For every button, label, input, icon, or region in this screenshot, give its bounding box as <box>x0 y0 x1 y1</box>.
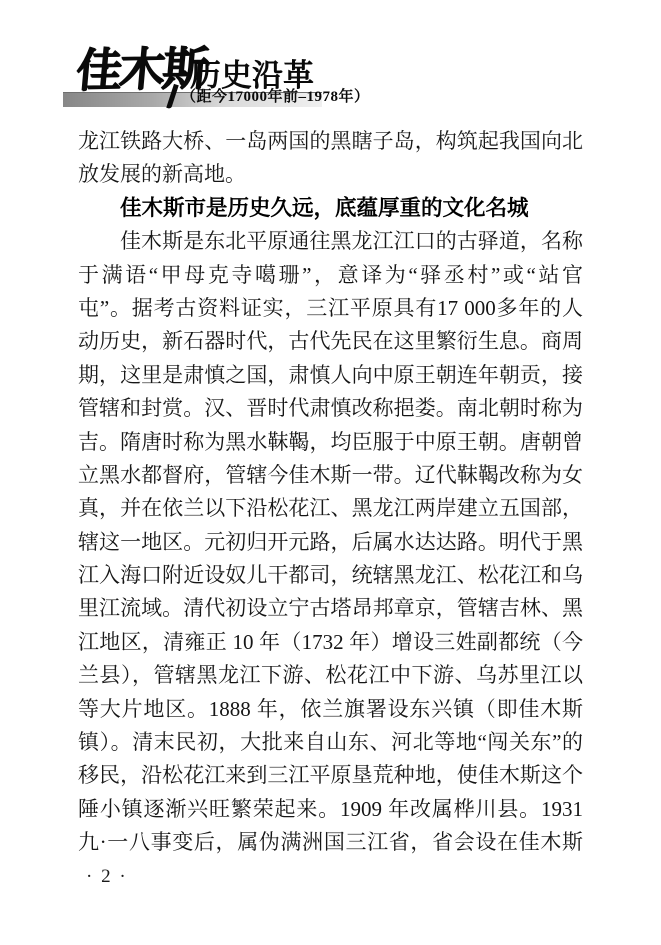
text-line: 管辖和封赏。汉、晋时代肃慎改称挹娄。南北朝时称为勿 <box>78 392 583 425</box>
text-line: 屯”。据考古资料证实，三江平原具有17 000多年的人类活 <box>78 292 583 325</box>
text-line: 江入海口附近设奴儿干都司，统辖黑龙江、松花江和乌苏 <box>78 559 583 592</box>
text-line: 江地区，清雍正 10 年（1732 年）增设三姓副都统（今依 <box>78 626 583 659</box>
text-line: 佳木斯是东北平原通往黑龙江江口的古驿道，名称源 <box>78 225 583 258</box>
text-line: 陲小镇逐渐兴旺繁荣起来。1909 年改属桦川县。1931 年 <box>78 793 583 826</box>
section-heading: 佳木斯市是历史久远，底蕴厚重的文化名城 <box>78 192 583 225</box>
text-line: 吉。隋唐时称为黑水靺鞨，均臣服于中原王朝。唐朝曾设 <box>78 426 583 459</box>
text-line: 放发展的新高地。 <box>78 158 583 191</box>
text-line: 期，这里是肃慎之国，肃慎人向中原王朝连年朝贡，接受 <box>78 359 583 392</box>
text-line: 立黑水都督府，管辖今佳木斯一带。辽代靺鞨改称为女 <box>78 459 583 492</box>
text-line: 龙江铁路大桥、一岛两国的黑瞎子岛，构筑起我国向北开 <box>78 125 583 158</box>
text-line: 等大片地区。1888 年，依兰旗署设东兴镇（即佳木斯 <box>78 693 583 726</box>
date-range-subtitle: （距今17000年前–1978年） <box>181 88 370 106</box>
text-line: 里江流域。清代初设立宁古塔昂邦章京，管辖吉林、黑龙 <box>78 592 583 625</box>
book-title-calligraphy: 佳木斯 <box>74 45 207 93</box>
text-line: 辖这一地区。元初归开元路，后属水达达路。明代于黑龙 <box>78 526 583 559</box>
page-number: · 2 · <box>86 866 128 888</box>
text-line: 真，并在依兰以下沿松花江、黑龙江两岸建立五国部，管 <box>78 492 583 525</box>
text-line: 镇）。清末民初，大批来自山东、河北等地“闯关东”的 <box>78 726 583 759</box>
text-line: 兰县），管辖黑龙江下游、松花江中下游、乌苏里江以东 <box>78 659 583 692</box>
body-text: 龙江铁路大桥、一岛两国的黑瞎子岛，构筑起我国向北开 放发展的新高地。 佳木斯市是… <box>78 125 583 860</box>
book-page: 佳木斯 历史沿革 （距今17000年前–1978年） 龙江铁路大桥、一岛两国的黑… <box>0 0 661 945</box>
text-line: 移民，沿松花江来到三江平原垦荒种地，使佳木斯这个边 <box>78 759 583 792</box>
book-title-subject: 历史沿革 <box>190 60 314 91</box>
text-line: 九·一八事变后，属伪满洲国三江省，省会设在佳木斯 <box>78 826 583 859</box>
text-line: 动历史，新石器时代，古代先民在这里繁衍生息。商周时 <box>78 325 583 358</box>
text-line: 于满语“甲母克寺噶珊”，意译为“驿丞村”或“站官 <box>78 259 583 292</box>
